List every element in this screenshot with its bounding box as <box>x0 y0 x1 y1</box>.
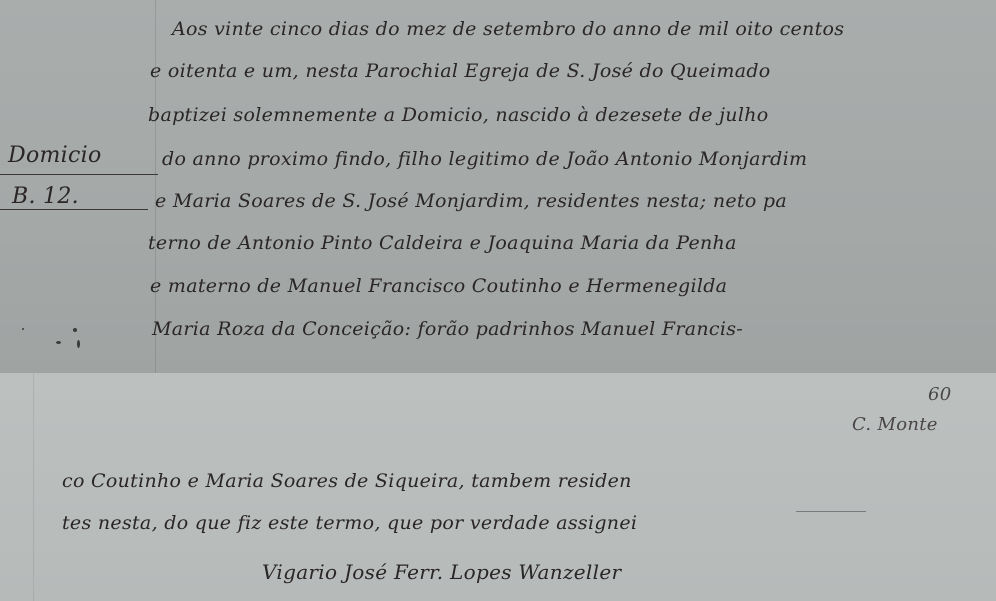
folio-number: 60 <box>928 384 952 405</box>
margin-name-underline <box>0 174 158 175</box>
record-continuation-line-1: co Coutinho e Maria Soares de Siqueira, … <box>62 470 632 492</box>
record-line-1: Aos vinte cinco dias do mez de setembro … <box>172 18 844 40</box>
record-line-2: e oitenta e um, nesta Parochial Egreja d… <box>150 60 771 82</box>
margin-rule-bottom <box>33 373 34 601</box>
record-line-3: baptizei solemnemente a Domicio, nascido… <box>148 104 768 126</box>
vicar-signature: Vigario José Ferr. Lopes Wanzeller <box>262 560 621 584</box>
line-fill-stroke <box>796 511 866 512</box>
record-line-5: e Maria Soares de S. José Monjardim, res… <box>155 190 787 212</box>
record-line-6: terno de Antonio Pinto Caldeira e Joaqui… <box>148 232 737 254</box>
record-line-4: do anno proximo findo, filho legitimo de… <box>162 148 807 170</box>
margin-number-underline <box>0 209 148 210</box>
marginal-note: C. Monte <box>852 414 938 435</box>
record-continuation-line-2: tes nesta, do que fiz este termo, que po… <box>62 512 637 534</box>
record-line-7: e materno de Manuel Francisco Coutinho e… <box>150 275 727 297</box>
margin-record-number: B. 12. <box>12 184 79 209</box>
record-line-8: Maria Roza da Conceição: forão padrinhos… <box>152 318 743 340</box>
margin-baptized-name: Domicio <box>8 143 101 168</box>
